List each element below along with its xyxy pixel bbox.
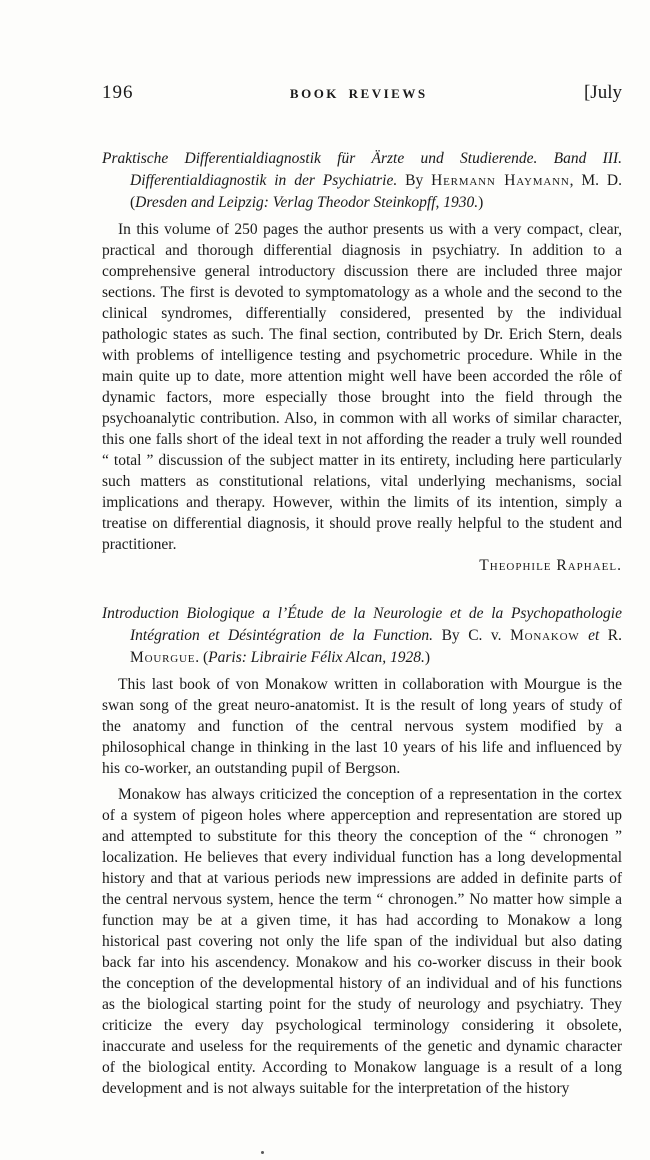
review-entry-haymann: Praktische Differentialdiagnostik für Är… [102, 148, 622, 576]
citation-close-paren: ) [425, 649, 430, 666]
issue-month-label: [July [584, 82, 622, 104]
author-initial: R. [608, 627, 622, 644]
author-name-mourgue: Mourgue [130, 649, 195, 666]
byline-prefix: By C. v. [433, 627, 510, 644]
author-name: Hermann Haymann [431, 172, 569, 189]
byline-prefix: By [397, 172, 431, 189]
review-paragraph: Monakow has always criticized the concep… [102, 784, 622, 1099]
scan-artifact-dot [261, 1151, 264, 1154]
review-citation: Praktische Differentialdiagnostik für Är… [102, 148, 622, 214]
byline-et: et [580, 627, 608, 644]
author-name-monakow: Monakow [510, 627, 579, 644]
review-entry-monakow: Introduction Biologique a l’Étude de la … [102, 603, 622, 1099]
journal-page: 196 BOOK REVIEWS [July Praktische Differ… [0, 0, 650, 1160]
citation-close-paren: ) [478, 194, 483, 211]
page-header: 196 BOOK REVIEWS [July [102, 82, 622, 104]
running-title: BOOK REVIEWS [290, 86, 428, 102]
publisher-imprint: Paris: Librairie Félix Alcan, 1928. [208, 649, 425, 666]
review-paragraph: This last book of von Monakow written in… [102, 674, 622, 779]
reviewer-signature: Theophile Raphael. [102, 555, 622, 576]
reviewer-name: Theophile Raphael. [479, 557, 622, 574]
review-citation: Introduction Biologique a l’Étude de la … [102, 603, 622, 669]
review-paragraph: In this volume of 250 pages the author p… [102, 219, 622, 555]
publisher-imprint: Dresden and Leipzig: Verlag Theodor Stei… [135, 194, 478, 211]
page-number: 196 [102, 82, 134, 104]
citation-open-paren: . ( [195, 649, 208, 666]
